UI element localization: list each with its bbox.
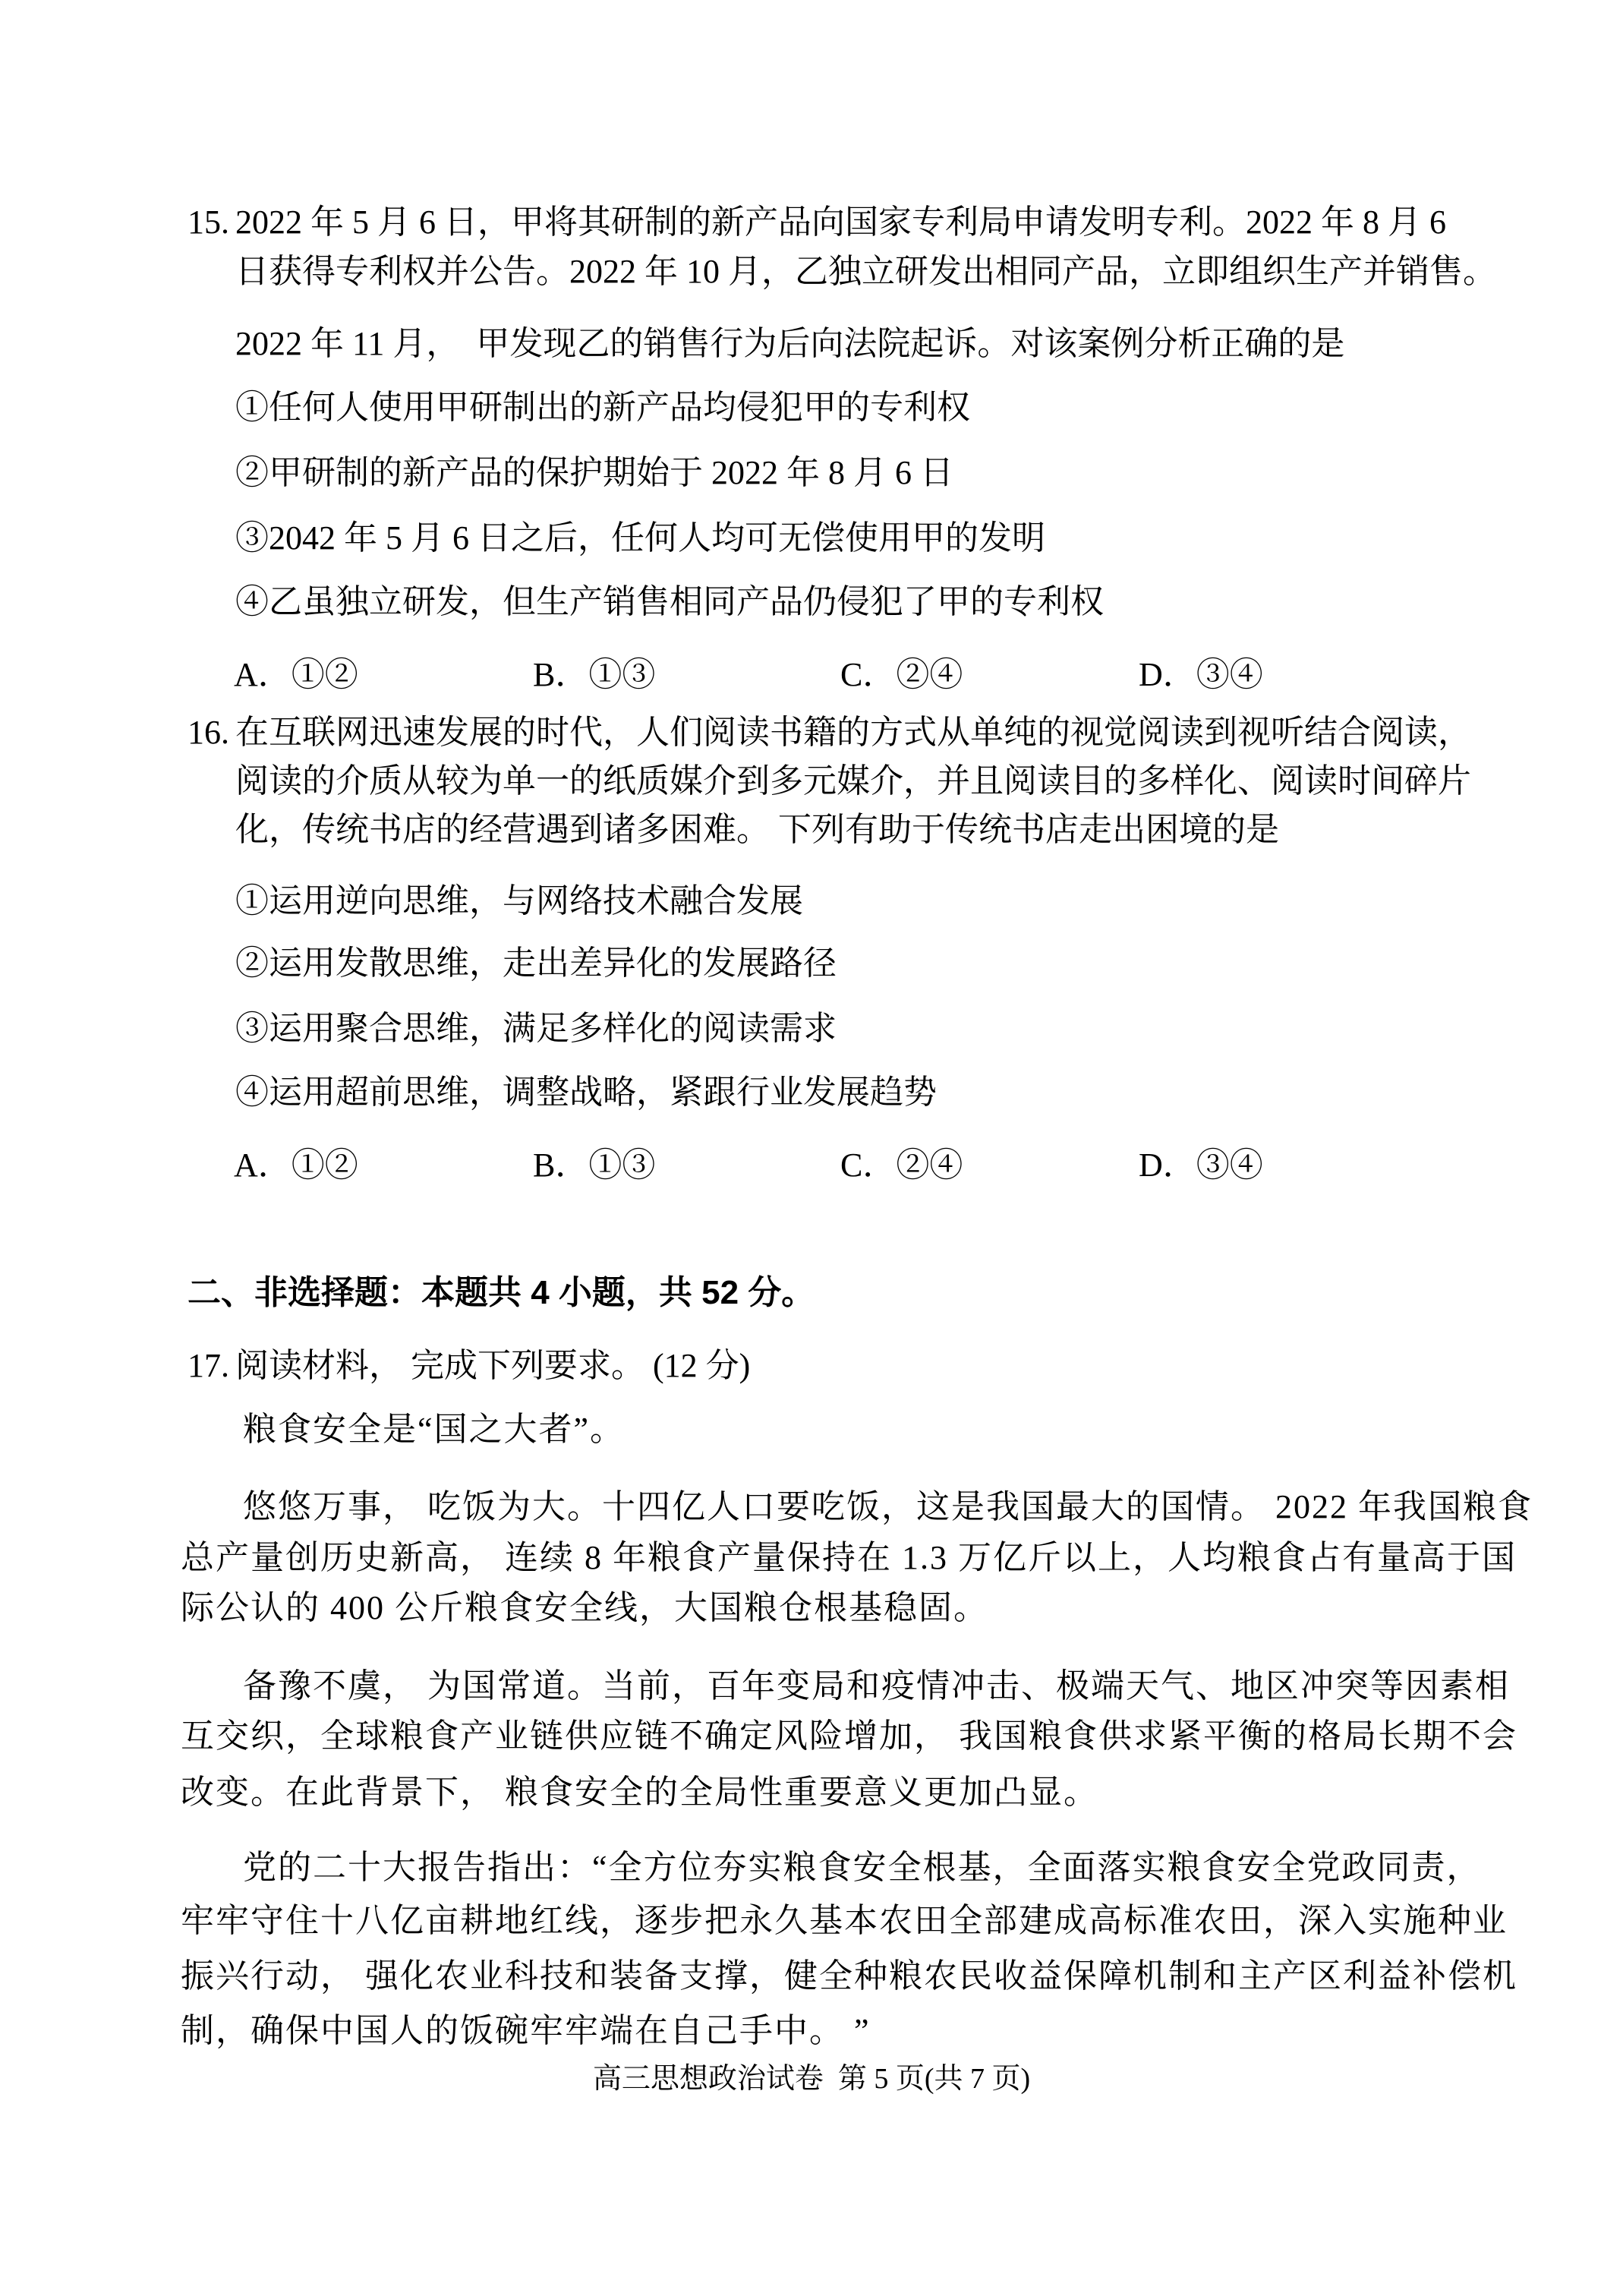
q15-item-2: ②甲研制的新产品的保护期始于 2022 年 8 月 6 日 (235, 454, 953, 493)
exam-page: 15.2022 年 5 月 6 日，甲将其研制的新产品向国家专利局申请发明专利。… (0, 0, 1623, 2296)
q16-item-3: ③运用聚合思维，满足多样化的阅读需求 (235, 1010, 837, 1049)
q17-material-p4-line-1: 党的二十大报告指出：“全方位夯实粮食安全根基，全面落实粮食安全党政同责， (243, 1849, 1482, 1888)
q15-item-3: ③2042 年 5 月 6 日之后，任何人均可无偿使用甲的发明 (235, 519, 1045, 558)
q17-title-line: 17.阅读材料， 完成下列要求。 (12 分) (188, 1347, 750, 1386)
q16-option-d: D．③④ (1139, 1137, 1263, 1186)
q17-material-p2-line-2: 总产量创历史新高， 连续 8 年粮食产量保持在 1.3 万亿斤以上，人均粮食占有… (181, 1539, 1517, 1578)
q16-options-row: A．①② B．①③ C．②④ D．③④ (0, 1137, 1623, 1183)
q15-number: 15. (188, 203, 235, 242)
q15-item-1: ①任何人使用甲研制出的新产品均侵犯甲的专利权 (235, 389, 970, 427)
q16-item-4: ④运用超前思维，调整战略，紧跟行业发展趋势 (235, 1074, 937, 1112)
q16-stem-line-1: 16.在互联网迅速发展的时代，人们阅读书籍的方式从单纯的视觉阅读到视听结合阅读， (188, 714, 1471, 752)
q16-option-b: B．①③ (533, 1137, 655, 1186)
q15-stem-line-3: 2022 年 11 月， 甲发现乙的销售行为后向法院起诉。对该案例分析正确的是 (235, 325, 1344, 364)
q15-option-b: B．①③ (533, 647, 655, 695)
q15-stem-line-2: 日获得专利权并公告。2022 年 10 月，乙独立研发出相同产品，立即组织生产并… (235, 253, 1496, 292)
q17-material-p3-line-2: 互交织，全球粮食产业链供应链不确定风险增加， 我国粮食供求紧平衡的格局长期不会 (181, 1717, 1517, 1756)
q17-material-p3-line-1: 备豫不虞， 为国常道。当前，百年变局和疫情冲击、极端天气、地区冲突等因素相 (243, 1667, 1510, 1706)
q16-item-2: ②运用发散思维，走出差异化的发展路径 (235, 945, 837, 983)
q15-stem-text-1: 2022 年 5 月 6 日，甲将其研制的新产品向国家专利局申请发明专利。202… (235, 203, 1446, 241)
q15-option-a: A．①② (234, 647, 358, 695)
q17-material-p3-line-3: 改变。在此背景下， 粮食安全的全局性重要意义更加凸显。 (181, 1774, 1098, 1812)
q17-number: 17. (188, 1347, 235, 1386)
q16-stem-text-1: 在互联网迅速发展的时代，人们阅读书籍的方式从单纯的视觉阅读到视听结合阅读， (235, 714, 1471, 751)
q17-material-p2-line-1: 悠悠万事， 吃饭为大。十四亿人口要吃饭，这是我国最大的国情。 2022 年我国粮… (243, 1488, 1533, 1527)
q17-material-p4-line-2: 牢牢守住十八亿亩耕地红线，逐步把永久基本农田全部建成高标准农田，深入实施种业 (181, 1902, 1508, 1941)
q15-option-d: D．③④ (1139, 647, 1263, 695)
q15-stem-line-1: 15.2022 年 5 月 6 日，甲将其研制的新产品向国家专利局申请发明专利。… (188, 203, 1446, 242)
q17-material-p2-line-3: 际公认的 400 公斤粮食安全线，大国粮仓根基稳固。 (181, 1589, 988, 1628)
q16-option-a: A．①② (234, 1137, 358, 1186)
q16-number: 16. (188, 714, 235, 752)
q16-stem-line-3: 化，传统书店的经营遇到诸多困难。 下列有助于传统书店走出困境的是 (235, 811, 1279, 850)
q15-item-4: ④乙虽独立研发，但生产销售相同产品仍侵犯了甲的专利权 (235, 583, 1104, 622)
q16-item-1: ①运用逆向思维，与网络技术融合发展 (235, 882, 803, 921)
section-2-heading: 二、非选择题：本题共 4 小题，共 52 分。 (188, 1274, 815, 1313)
page-footer: 高三思想政治试卷 第 5 页(共 7 页) (0, 2055, 1623, 2096)
q15-options-row: A．①② B．①③ C．②④ D．③④ (0, 647, 1623, 692)
q17-material-p4-line-3: 振兴行动， 强化农业科技和装备支撑，健全种粮农民收益保障机制和主产区利益补偿机 (181, 1957, 1517, 1996)
q17-material-p4-line-4: 制，确保中国人的饭碗牢牢端在自己手中。 ” (181, 2012, 871, 2051)
q16-option-c: C．②④ (840, 1137, 963, 1186)
q15-option-c: C．②④ (840, 647, 963, 695)
q17-material-p1-line-1: 粮食安全是“国之大者”。 (243, 1411, 625, 1449)
q17-title-text: 阅读材料， 完成下列要求。 (12 分) (235, 1347, 750, 1384)
q16-stem-line-2: 阅读的介质从较为单一的纸质媒介到多元媒介，并且阅读目的多样化、阅读时间碎片 (235, 762, 1471, 801)
